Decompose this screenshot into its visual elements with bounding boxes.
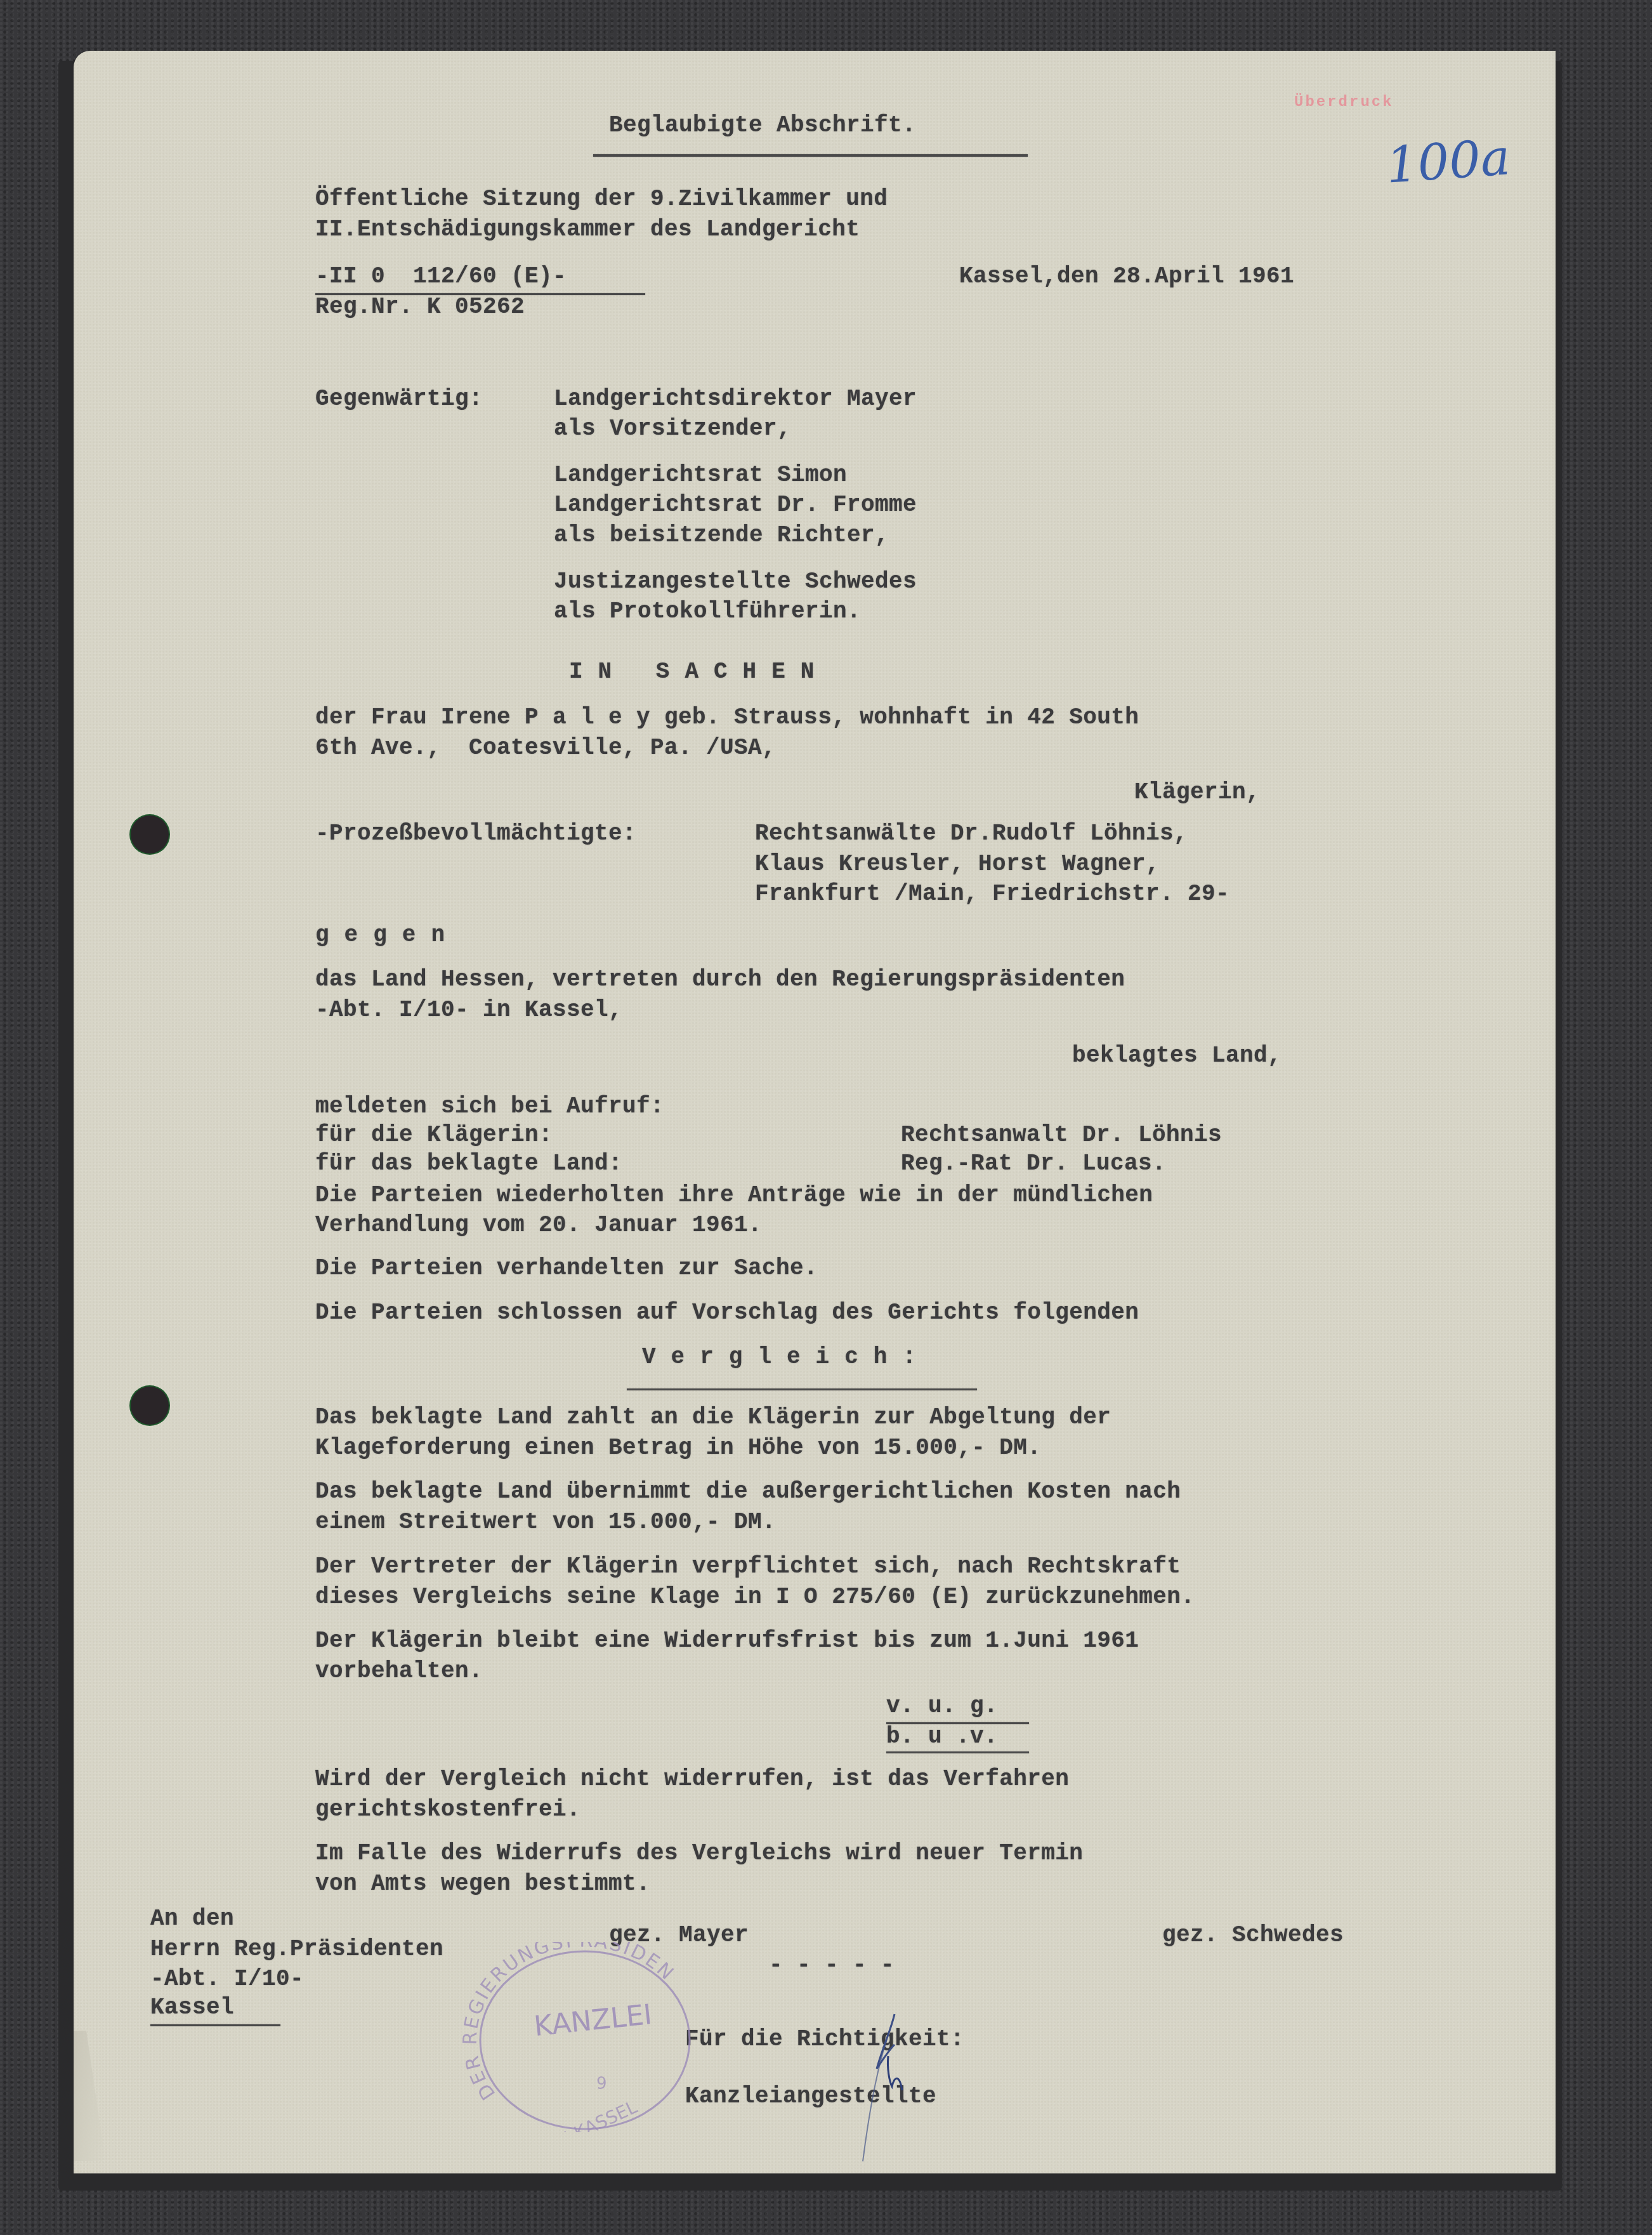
address-underline xyxy=(150,2024,280,2026)
place-date: Kassel,den 28.April 1961 xyxy=(959,263,1294,291)
settlement-line: Der Klägerin bleibt eine Widerrufsfrist … xyxy=(315,1627,1139,1655)
proceedings-line: Die Parteien wiederholten ihre Anträge w… xyxy=(315,1182,1153,1210)
reg-number: Reg.Nr. K 05262 xyxy=(315,293,525,321)
buv-mark: b. u .v. xyxy=(886,1723,998,1751)
settlement-line: Das beklagte Land zahlt an die Klägerin … xyxy=(315,1404,1111,1432)
plaintiff-role: Klägerin, xyxy=(1134,779,1260,807)
gegen-heading: gegen xyxy=(315,921,460,949)
settlement-line: dieses Vergleichs seine Klage in I O 275… xyxy=(315,1583,1195,1611)
plaintiff-line-2: 6th Ave., Coatesville, Pa. /USA, xyxy=(315,734,776,762)
appearance-label: für die Klägerin: xyxy=(315,1121,553,1149)
counsel-line: Rechtsanwälte Dr.Rudolf Löhnis, xyxy=(755,820,1188,848)
counsel-line: Frankfurt /Main, Friedrichstr. 29- xyxy=(755,880,1229,908)
separator-dashes: - - - - - xyxy=(769,1951,895,1979)
present-line: Landgerichtsrat Simon xyxy=(554,461,847,489)
buv-underline xyxy=(886,1751,1029,1753)
appearance-value: Rechtsanwalt Dr. Löhnis xyxy=(901,1121,1222,1149)
present-label: Gegenwärtig: xyxy=(315,385,483,413)
settlement-line: Das beklagte Land übernimmt die außerger… xyxy=(315,1478,1181,1506)
appearance-intro: meldeten sich bei Aufruf: xyxy=(315,1093,664,1121)
court-line-1: Öffentliche Sitzung der 9.Zivilkammer un… xyxy=(315,185,888,213)
official-stamp-icon: DER REGIERUNGSPRÄSIDENT KANZLEI 9 IN KAS… xyxy=(461,1942,702,2132)
proceedings-line: Die Parteien verhandelten zur Sache. xyxy=(315,1255,818,1282)
handwritten-folio-number: 100a xyxy=(1384,129,1512,194)
closing-line: gerichtskostenfrei. xyxy=(315,1796,580,1824)
address-line: -Abt. I/10- xyxy=(150,1965,304,1993)
appearance-label: für das beklagte Land: xyxy=(315,1150,622,1178)
file-number: -II 0 112/60 (E)- xyxy=(315,263,567,291)
red-stamp-ueberdruck: Überdruck xyxy=(1294,94,1394,111)
counsel-label: -Prozeßbevollmächtigte: xyxy=(315,820,636,848)
defendant-role: beklagtes Land, xyxy=(1072,1042,1282,1070)
address-line: An den xyxy=(150,1905,234,1933)
closing-line: Im Falle des Widerrufs des Vergleichs wi… xyxy=(315,1840,1083,1868)
closing-line: Wird der Vergleich nicht widerrufen, ist… xyxy=(315,1765,1069,1793)
settlement-line: einem Streitwert von 15.000,- DM. xyxy=(315,1508,776,1536)
present-line: Justizangestellte Schwedes xyxy=(554,568,917,596)
closing-line: von Amts wegen bestimmt. xyxy=(315,1870,650,1898)
vug-mark: v. u. g. xyxy=(886,1692,998,1720)
proceedings-line: Die Parteien schlossen auf Vorschlag des… xyxy=(315,1299,1139,1327)
binding-hole-bottom xyxy=(131,1387,169,1425)
defendant-line-2: -Abt. I/10- in Kassel, xyxy=(315,996,622,1024)
stamp-number: 9 xyxy=(596,2074,607,2093)
present-line: als Vorsitzender, xyxy=(554,415,791,443)
present-line: als Protokollführerin. xyxy=(554,598,861,626)
in-sachen-heading: IN SACHEN xyxy=(569,658,829,686)
handwritten-initial-icon xyxy=(850,2012,926,2164)
present-line: Landgerichtsrat Dr. Fromme xyxy=(554,491,917,519)
present-line: als beisitzende Richter, xyxy=(554,522,889,550)
proceedings-line: Verhandlung vom 20. Januar 1961. xyxy=(315,1211,762,1239)
address-line: Herrn Reg.Präsidenten xyxy=(150,1935,443,1963)
court-line-2: II.Entschädigungskammer des Landgericht xyxy=(315,216,860,244)
stamp-center-text: KANZLEI xyxy=(532,1998,653,2043)
appearance-value: Reg.-Rat Dr. Lucas. xyxy=(901,1150,1166,1178)
heading-underline xyxy=(593,154,1028,157)
binding-hole-top xyxy=(131,815,169,854)
address-line: Kassel xyxy=(150,1994,234,2022)
vergleich-underline xyxy=(627,1388,977,1390)
settlement-line: Der Vertreter der Klägerin verpflichtet … xyxy=(315,1553,1181,1581)
settlement-line: vorbehalten. xyxy=(315,1658,483,1685)
document-heading: Beglaubigte Abschrift. xyxy=(609,112,916,140)
settlement-line: Klageforderung einen Betrag in Höhe von … xyxy=(315,1434,1041,1462)
counsel-line: Klaus Kreusler, Horst Wagner, xyxy=(755,850,1160,878)
plaintiff-line-1: der Frau Irene P a l e y geb. Strauss, w… xyxy=(315,704,1139,732)
signature-schwedes: gez. Schwedes xyxy=(1162,1922,1344,1949)
present-line: Landgerichtsdirektor Mayer xyxy=(554,385,917,413)
vergleich-heading: Vergleich: xyxy=(642,1343,931,1371)
defendant-line-1: das Land Hessen, vertreten durch den Reg… xyxy=(315,966,1125,994)
